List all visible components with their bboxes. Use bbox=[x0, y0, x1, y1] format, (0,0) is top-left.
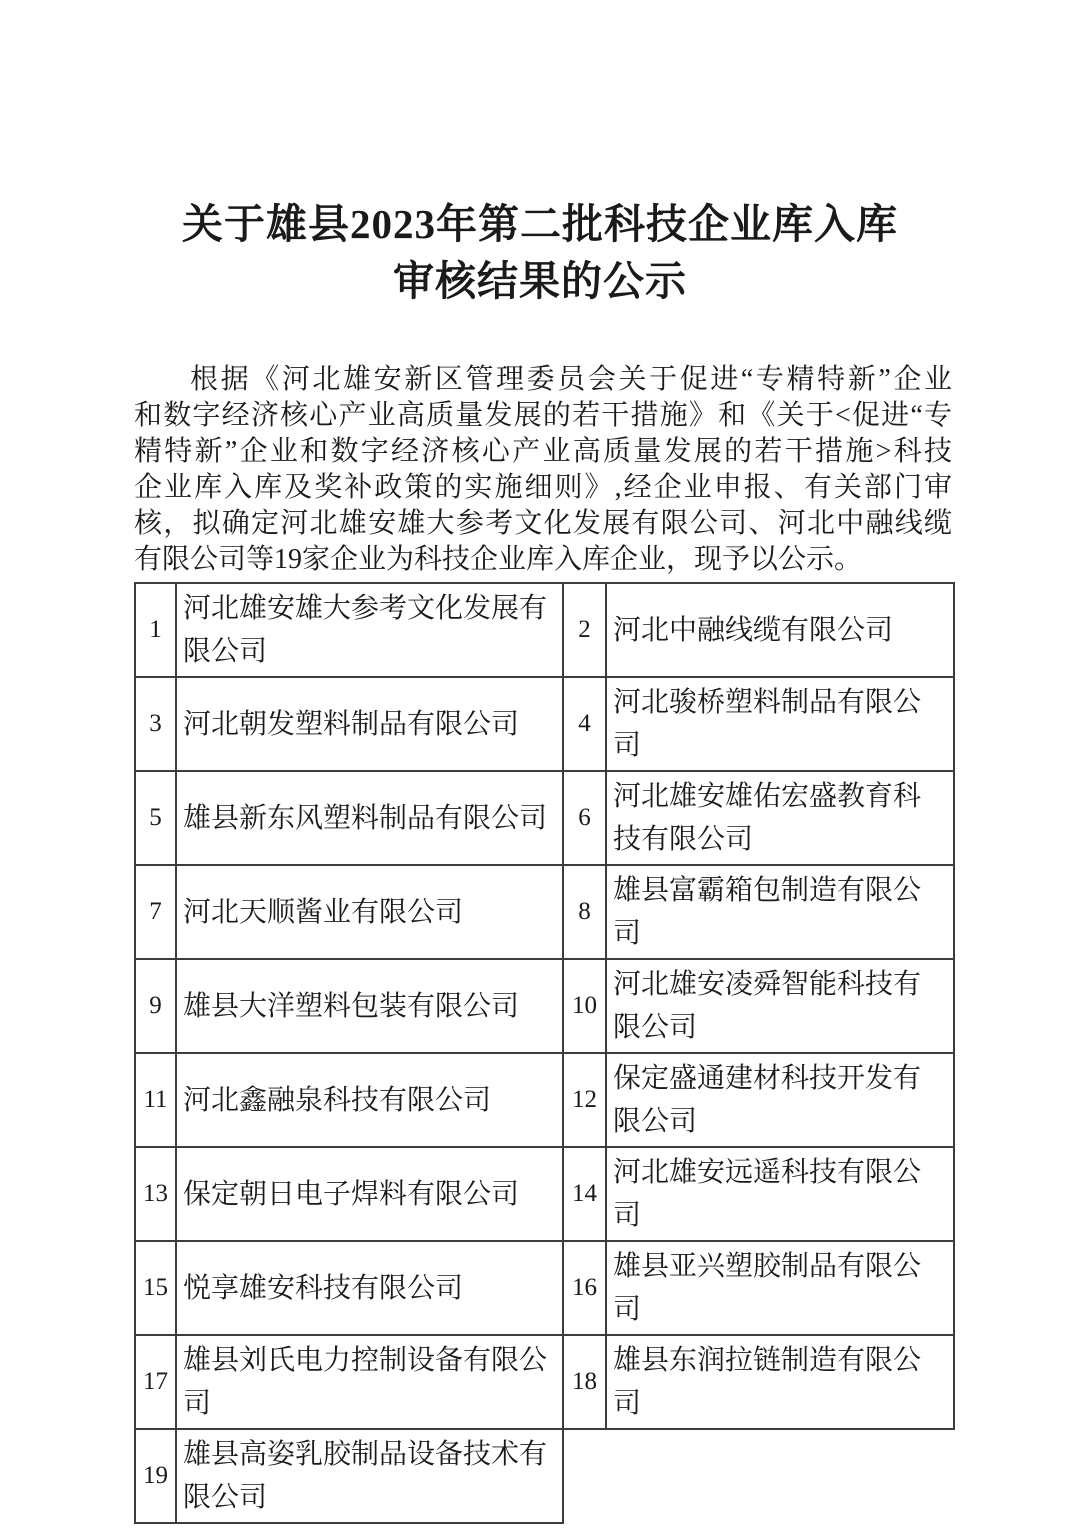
company-name-cell: 河北鑫融泉科技有限公司 bbox=[176, 1053, 563, 1147]
table-row: 3 河北朝发塑料制品有限公司 4 河北骏桥塑料制品有限公司 bbox=[135, 677, 954, 771]
intro-paragraph: 根据《河北雄安新区管理委员会关于促进“专精特新”企业 和数字经济核心产业高质量发… bbox=[134, 362, 952, 578]
title-line-2: 审核结果的公示 bbox=[0, 253, 1080, 310]
row-number-cell: 4 bbox=[563, 677, 606, 771]
table-row: 1 河北雄安雄大参考文化发展有限公司 2 河北中融线缆有限公司 bbox=[135, 583, 954, 677]
empty-table-region bbox=[563, 1429, 954, 1523]
row-number-cell: 13 bbox=[135, 1147, 176, 1241]
company-name-cell: 保定朝日电子焊料有限公司 bbox=[176, 1147, 563, 1241]
row-number-cell: 17 bbox=[135, 1335, 176, 1429]
company-name-cell: 保定盛通建材科技开发有限公司 bbox=[606, 1053, 954, 1147]
table-row: 5 雄县新东风塑料制品有限公司 6 河北雄安雄佑宏盛教育科技有限公司 bbox=[135, 771, 954, 865]
table-row: 19 雄县高姿乳胶制品设备技术有限公司 bbox=[135, 1429, 954, 1523]
row-number-cell: 11 bbox=[135, 1053, 176, 1147]
row-number-cell: 3 bbox=[135, 677, 176, 771]
company-name-cell: 雄县高姿乳胶制品设备技术有限公司 bbox=[176, 1429, 563, 1523]
row-number-cell: 19 bbox=[135, 1429, 176, 1523]
row-number-cell: 15 bbox=[135, 1241, 176, 1335]
row-number-cell: 14 bbox=[563, 1147, 606, 1241]
row-number-cell: 5 bbox=[135, 771, 176, 865]
table-row: 13 保定朝日电子焊料有限公司 14 河北雄安远遥科技有限公司 bbox=[135, 1147, 954, 1241]
row-number-cell: 8 bbox=[563, 865, 606, 959]
document-page: 关于雄县2023年第二批科技企业库入库 审核结果的公示 根据《河北雄安新区管理委… bbox=[0, 0, 1080, 1528]
paragraph-line-6: 有限公司等19家企业为科技企业库入库企业，现予以公示。 bbox=[134, 542, 952, 578]
company-name-cell: 雄县大洋塑料包装有限公司 bbox=[176, 959, 563, 1053]
company-name-cell: 雄县亚兴塑胶制品有限公司 bbox=[606, 1241, 954, 1335]
row-number-cell: 6 bbox=[563, 771, 606, 865]
company-name-cell: 雄县新东风塑料制品有限公司 bbox=[176, 771, 563, 865]
company-name-cell: 雄县刘氏电力控制设备有限公司 bbox=[176, 1335, 563, 1429]
company-name-cell: 悦享雄安科技有限公司 bbox=[176, 1241, 563, 1335]
row-number-cell: 16 bbox=[563, 1241, 606, 1335]
table-row: 9 雄县大洋塑料包装有限公司 10 河北雄安凌舜智能科技有限公司 bbox=[135, 959, 954, 1053]
paragraph-line-1: 根据《河北雄安新区管理委员会关于促进“专精特新”企业 bbox=[134, 362, 952, 398]
row-number-cell: 2 bbox=[563, 583, 606, 677]
company-name-cell: 雄县富霸箱包制造有限公司 bbox=[606, 865, 954, 959]
company-name-cell: 河北骏桥塑料制品有限公司 bbox=[606, 677, 954, 771]
company-name-cell: 河北朝发塑料制品有限公司 bbox=[176, 677, 563, 771]
paragraph-line-3: 精特新”企业和数字经济核心产业高质量发展的若干措施>科技 bbox=[134, 434, 952, 470]
title-line-1: 关于雄县2023年第二批科技企业库入库 bbox=[0, 196, 1080, 253]
company-name-cell: 河北中融线缆有限公司 bbox=[606, 583, 954, 677]
paragraph-line-5: 核，拟确定河北雄安雄大参考文化发展有限公司、河北中融线缆 bbox=[134, 506, 952, 542]
row-number-cell: 10 bbox=[563, 959, 606, 1053]
company-name-cell: 河北雄安凌舜智能科技有限公司 bbox=[606, 959, 954, 1053]
row-number-cell: 9 bbox=[135, 959, 176, 1053]
company-name-cell: 河北雄安雄大参考文化发展有限公司 bbox=[176, 583, 563, 677]
paragraph-line-4: 企业库入库及奖补政策的实施细则》,经企业申报、有关部门审 bbox=[134, 470, 952, 506]
document-title: 关于雄县2023年第二批科技企业库入库 审核结果的公示 bbox=[0, 196, 1080, 310]
company-name-cell: 河北天顺酱业有限公司 bbox=[176, 865, 563, 959]
company-table: 1 河北雄安雄大参考文化发展有限公司 2 河北中融线缆有限公司 3 河北朝发塑料… bbox=[134, 582, 955, 1524]
table-row: 7 河北天顺酱业有限公司 8 雄县富霸箱包制造有限公司 bbox=[135, 865, 954, 959]
row-number-cell: 1 bbox=[135, 583, 176, 677]
company-name-cell: 雄县东润拉链制造有限公司 bbox=[606, 1335, 954, 1429]
table-row: 17 雄县刘氏电力控制设备有限公司 18 雄县东润拉链制造有限公司 bbox=[135, 1335, 954, 1429]
company-name-cell: 河北雄安远遥科技有限公司 bbox=[606, 1147, 954, 1241]
row-number-cell: 12 bbox=[563, 1053, 606, 1147]
paragraph-line-2: 和数字经济核心产业高质量发展的若干措施》和《关于<促进“专 bbox=[134, 398, 952, 434]
table-row: 11 河北鑫融泉科技有限公司 12 保定盛通建材科技开发有限公司 bbox=[135, 1053, 954, 1147]
table-row: 15 悦享雄安科技有限公司 16 雄县亚兴塑胶制品有限公司 bbox=[135, 1241, 954, 1335]
row-number-cell: 18 bbox=[563, 1335, 606, 1429]
row-number-cell: 7 bbox=[135, 865, 176, 959]
company-name-cell: 河北雄安雄佑宏盛教育科技有限公司 bbox=[606, 771, 954, 865]
